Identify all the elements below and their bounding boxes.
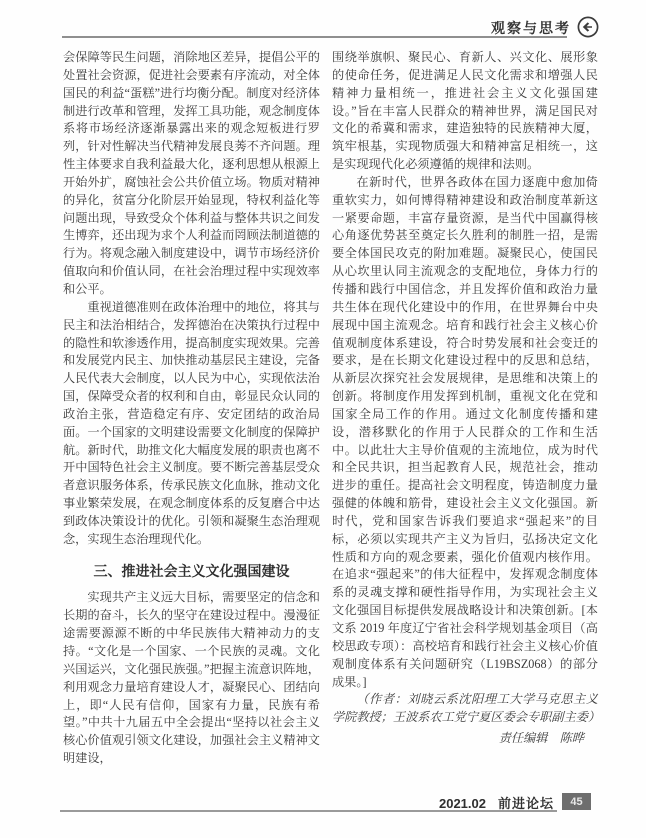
header-section-title: 观察与思考 — [491, 18, 571, 38]
page-number-badge: 45 — [562, 793, 591, 810]
paragraph-continuation: 围绕举旗帜、聚民心、育新人、兴文化、展形象的使命任务，促进满足人民文化需求和增强… — [332, 49, 598, 174]
header-rule — [62, 36, 567, 38]
paragraph: 在新时代，世界各政体在国力逐鹿中愈加倚重软实力，如何博得精神建设和政治制度革新这… — [332, 174, 598, 691]
paragraph: 实现共产主义远大目标，需要坚定的信念和长期的奋斗，长久的坚守在建设过程中。漫漫征… — [63, 589, 320, 767]
paragraph-continuation: 会保障等民生问题，消除地区差异，提倡公平的处置社会资源，促进社会要素有序流动，对… — [63, 49, 320, 299]
footer-issue: 2021.02 — [439, 796, 486, 811]
footer-journal-line: 2021.02前进论坛 — [439, 793, 554, 812]
right-column: 围绕举旗帜、聚民心、育新人、兴文化、展形象的使命任务，促进满足人民文化需求和增强… — [332, 49, 598, 748]
paragraph: 重视道德准则在政体治理中的地位，将其与民主和法治相结合，发挥德治在决策执行过程中… — [63, 299, 320, 549]
author-note: （作者：刘晓云系沈阳理工大学马克思主义学院教授；王波系农工党宁夏区委会专职副主委… — [332, 691, 598, 727]
left-column: 会保障等民生问题，消除地区差异，提倡公平的处置社会资源，促进社会要素有序流动，对… — [63, 49, 320, 768]
footer-journal-name: 前进论坛 — [498, 796, 554, 811]
section-heading: 三、推进社会主义文化强国建设 — [63, 563, 320, 581]
journal-page: 观察与思考 会保障等民生问题，消除地区差异，提倡公平的处置社会资源，促进社会要素… — [0, 0, 646, 838]
editor-credit: 责任编辑 陈晔 — [332, 730, 598, 748]
circled-back-arrow-icon — [576, 15, 600, 39]
